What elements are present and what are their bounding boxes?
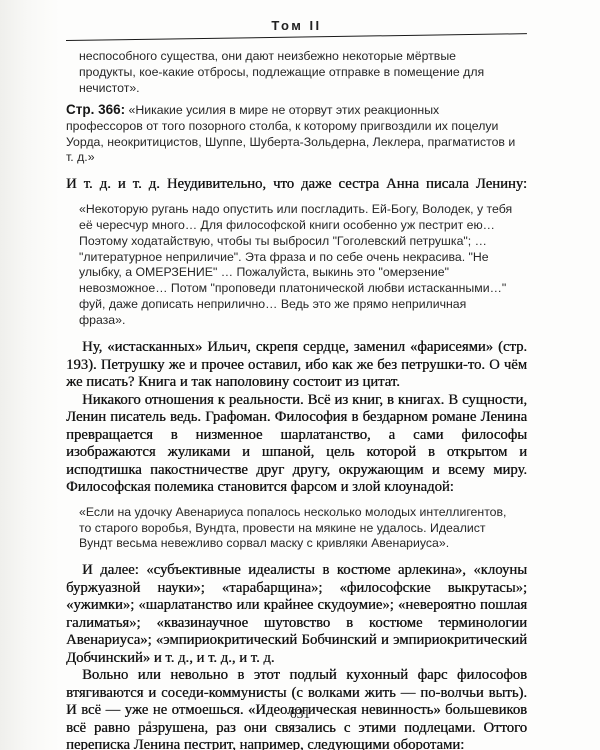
text-column: Том II неспособного существа, они дают н… [66, 18, 527, 750]
quote-block-anna-letter: «Некоторую ругань надо опустить или посг… [79, 202, 515, 329]
quote-block-p366: Стр. 366: «Никакие усилия в мире не отор… [66, 102, 518, 167]
quote-p366-text: «Никакие усилия в мире не оторвут этих р… [66, 103, 515, 165]
book-page: Том II неспособного существа, они дают н… [0, 0, 600, 750]
header-rule [66, 33, 527, 41]
body-paragraph-dalee: И далее: «субъективные идеалисты в костю… [66, 562, 527, 667]
running-head-volume-title: Том II [66, 18, 527, 33]
scan-speck [148, 721, 151, 724]
body-paragraph-nu: Ну, «истасканных» Ильич, скрепя сердце, … [66, 339, 527, 392]
page-ref-label: Стр. 366: [66, 102, 125, 117]
body-paragraph-nikakogo: Никакого отношения к реальности. Всё из … [66, 392, 527, 497]
body-paragraph-intro: И т. д. и т. д. Неудивительно, что даже … [66, 176, 527, 194]
quote-block-continued: неспособного существа, они дают неизбежн… [79, 49, 515, 97]
page-number: 631 [0, 706, 600, 722]
quote-block-avenarius: «Если на удочку Авенариуса попалось неск… [79, 505, 515, 553]
